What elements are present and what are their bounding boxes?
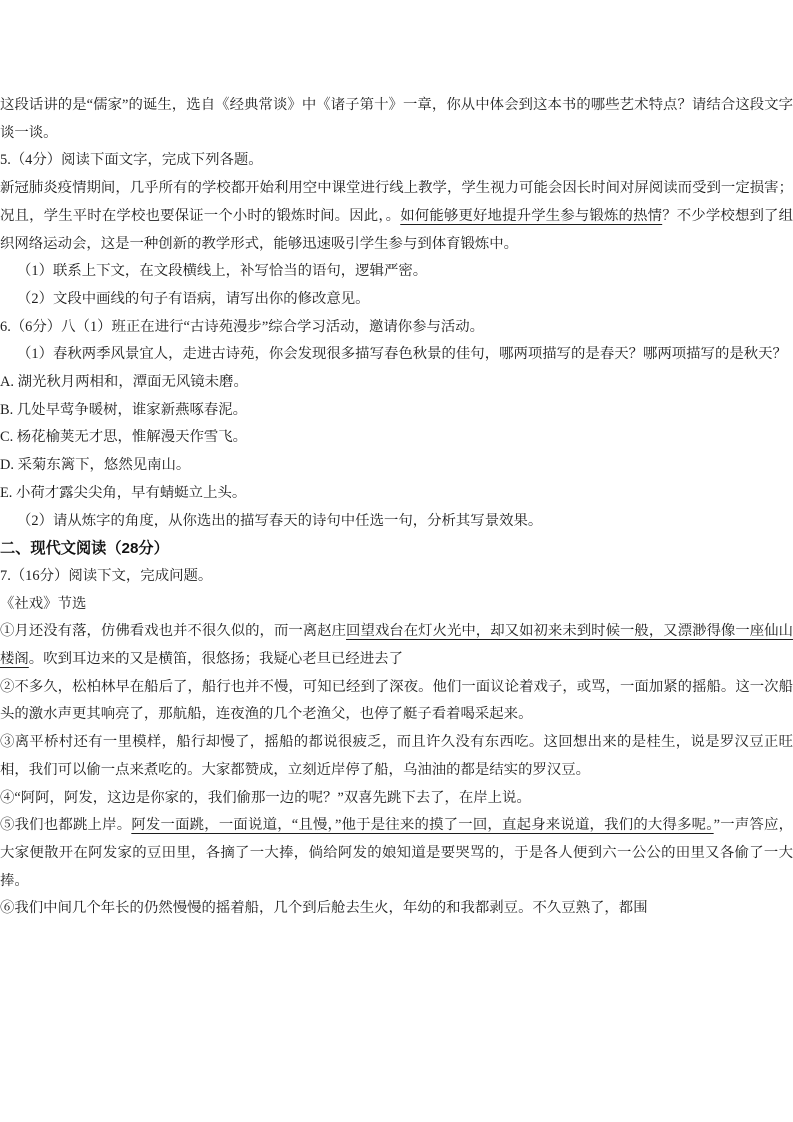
question-6-option-e: E. 小荷才露尖尖角，早有蜻蜓立上头。	[0, 480, 793, 508]
question-5-sub-1-text: （1）联系上下文，在文段横线上，补写恰当的语句，逻辑严密。	[17, 263, 427, 279]
question-5-sub-2: （2）文段中画线的句子有语病，请写出你的修改意见。	[0, 286, 793, 314]
section-2-heading: 二、现代文阅读（28分）	[0, 535, 793, 563]
story-paragraph-2-text: ②不多久，松柏林早在船后了，船行也并不慢，可知已经到了深夜。他们一面议论着戏子，…	[0, 679, 793, 723]
question-5-underlined-clause: 如何能够更好地提升学生参与锻炼的热情	[400, 208, 662, 224]
story-paragraph-3-text: ③离平桥村还有一里模样，船行却慢了，摇船的都说很疲乏，而且许久没有东西吃。这回想…	[0, 734, 793, 778]
question-6-option-e-text: E. 小荷才露尖尖角，早有蜻蜓立上头。	[0, 485, 246, 501]
question-6-option-a-text: A. 湖光秋月两相和，潭面无风镜未磨。	[0, 374, 248, 390]
question-6-option-a: A. 湖光秋月两相和，潭面无风镜未磨。	[0, 369, 793, 397]
story-paragraph-5: ⑤我们也都跳上岸。阿发一面跳，一面说道，“且慢，”他于是往来的摸了一回，直起身来…	[0, 812, 793, 895]
story-paragraph-6: ⑥我们中间几个年长的仍然慢慢的摇着船，几个到后舱去生火，年幼的和我都剥豆。不久豆…	[0, 895, 793, 923]
question-6-option-d: D. 采菊东篱下，悠然见南山。	[0, 452, 793, 480]
question-6-sub-2-text: （2）请从炼字的角度，从你选出的描写春天的诗句中任选一句，分析其写景效果。	[17, 513, 542, 529]
question-7-header-text: 7.（16分）阅读下文，完成问题。	[0, 568, 212, 584]
story-paragraph-4: ④“阿阿，阿发，这边是你家的，我们偷那一边的呢？”双喜先跳下去了，在岸上说。	[0, 785, 793, 813]
question-5-sub-1: （1）联系上下文，在文段横线上，补写恰当的语句，逻辑严密。	[0, 258, 793, 286]
story-paragraph-5-underlined-clause: 阿发一面跳，一面说道，“且慢，”他于是往来的摸了一回，直起身来说道，我们的大得多…	[131, 817, 713, 833]
question-6-option-b: B. 几处早莺争暖树，谁家新燕啄春泥。	[0, 397, 793, 425]
question-5-header: 5.（4分）阅读下面文字，完成下列各题。	[0, 147, 793, 175]
question-6-option-c-text: C. 杨花榆荚无才思，惟解漫天作雪飞。	[0, 429, 247, 445]
story-paragraph-1: ①月还没有落，仿佛看戏也并不很久似的，而一离赵庄回望戏台在灯火光中，却又如初来未…	[0, 618, 793, 673]
story-paragraph-3: ③离平桥村还有一里模样，船行却慢了，摇船的都说很疲乏，而且许久没有东西吃。这回想…	[0, 729, 793, 784]
question-5-passage: 新冠肺炎疫情期间，几乎所有的学校都开始利用空中课堂进行线上教学，学生视力可能会因…	[0, 175, 793, 258]
story-paragraph-5-pre: ⑤我们也都跳上岸。	[0, 817, 131, 833]
question-4-continuation: 这段话讲的是“儒家”的诞生，选自《经典常谈》中《诸子第十》一章，你从中体会到这本…	[0, 92, 793, 147]
passage-title-text: 《社戏》节选	[0, 596, 86, 612]
question-6-header: 6.（6分）八（1）班正在进行“古诗苑漫步”综合学习活动，邀请你参与活动。	[0, 314, 793, 342]
section-2-heading-text: 二、现代文阅读（28分）	[0, 540, 169, 557]
story-paragraph-6-text: ⑥我们中间几个年长的仍然慢慢的摇着船，几个到后舱去生火，年幼的和我都剥豆。不久豆…	[0, 900, 648, 916]
question-6-sub-1: （1）春秋两季风景宜人，走进古诗苑，你会发现很多描写春色秋景的佳句，哪两项描写的…	[0, 341, 793, 369]
question-6-option-c: C. 杨花榆荚无才思，惟解漫天作雪飞。	[0, 424, 793, 452]
question-6-option-b-text: B. 几处早莺争暖树，谁家新燕啄春泥。	[0, 402, 247, 418]
story-paragraph-1-pre: ①月还没有落，仿佛看戏也并不很久似的，而一离赵庄	[0, 623, 346, 639]
story-paragraph-2: ②不多久，松柏林早在船后了，船行也并不慢，可知已经到了深夜。他们一面议论着戏子，…	[0, 674, 793, 729]
passage-title: 《社戏》节选	[0, 591, 793, 619]
question-6-header-text: 6.（6分）八（1）班正在进行“古诗苑漫步”综合学习活动，邀请你参与活动。	[0, 319, 484, 335]
question-6-sub-2: （2）请从炼字的角度，从你选出的描写春天的诗句中任选一句，分析其写景效果。	[0, 508, 793, 536]
question-7-header: 7.（16分）阅读下文，完成问题。	[0, 563, 793, 591]
question-6-sub-1-text: （1）春秋两季风景宜人，走进古诗苑，你会发现很多描写春色秋景的佳句，哪两项描写的…	[17, 346, 787, 362]
question-5-header-text: 5.（4分）阅读下面文字，完成下列各题。	[0, 152, 263, 168]
question-4-continuation-text: 这段话讲的是“儒家”的诞生，选自《经典常谈》中《诸子第十》一章，你从中体会到这本…	[0, 97, 793, 141]
question-6-option-d-text: D. 采菊东篱下，悠然见南山。	[0, 457, 190, 473]
story-paragraph-1-post: 。吹到耳边来的又是横笛，很悠扬；我疑心老旦已经进去了	[29, 651, 403, 667]
story-paragraph-4-text: ④“阿阿，阿发，这边是你家的，我们偷那一边的呢？”双喜先跳下去了，在岸上说。	[0, 790, 531, 806]
exam-document-page: 这段话讲的是“儒家”的诞生，选自《经典常谈》中《诸子第十》一章，你从中体会到这本…	[0, 0, 793, 1122]
question-5-sub-2-text: （2）文段中画线的句子有语病，请写出你的修改意见。	[17, 291, 370, 307]
